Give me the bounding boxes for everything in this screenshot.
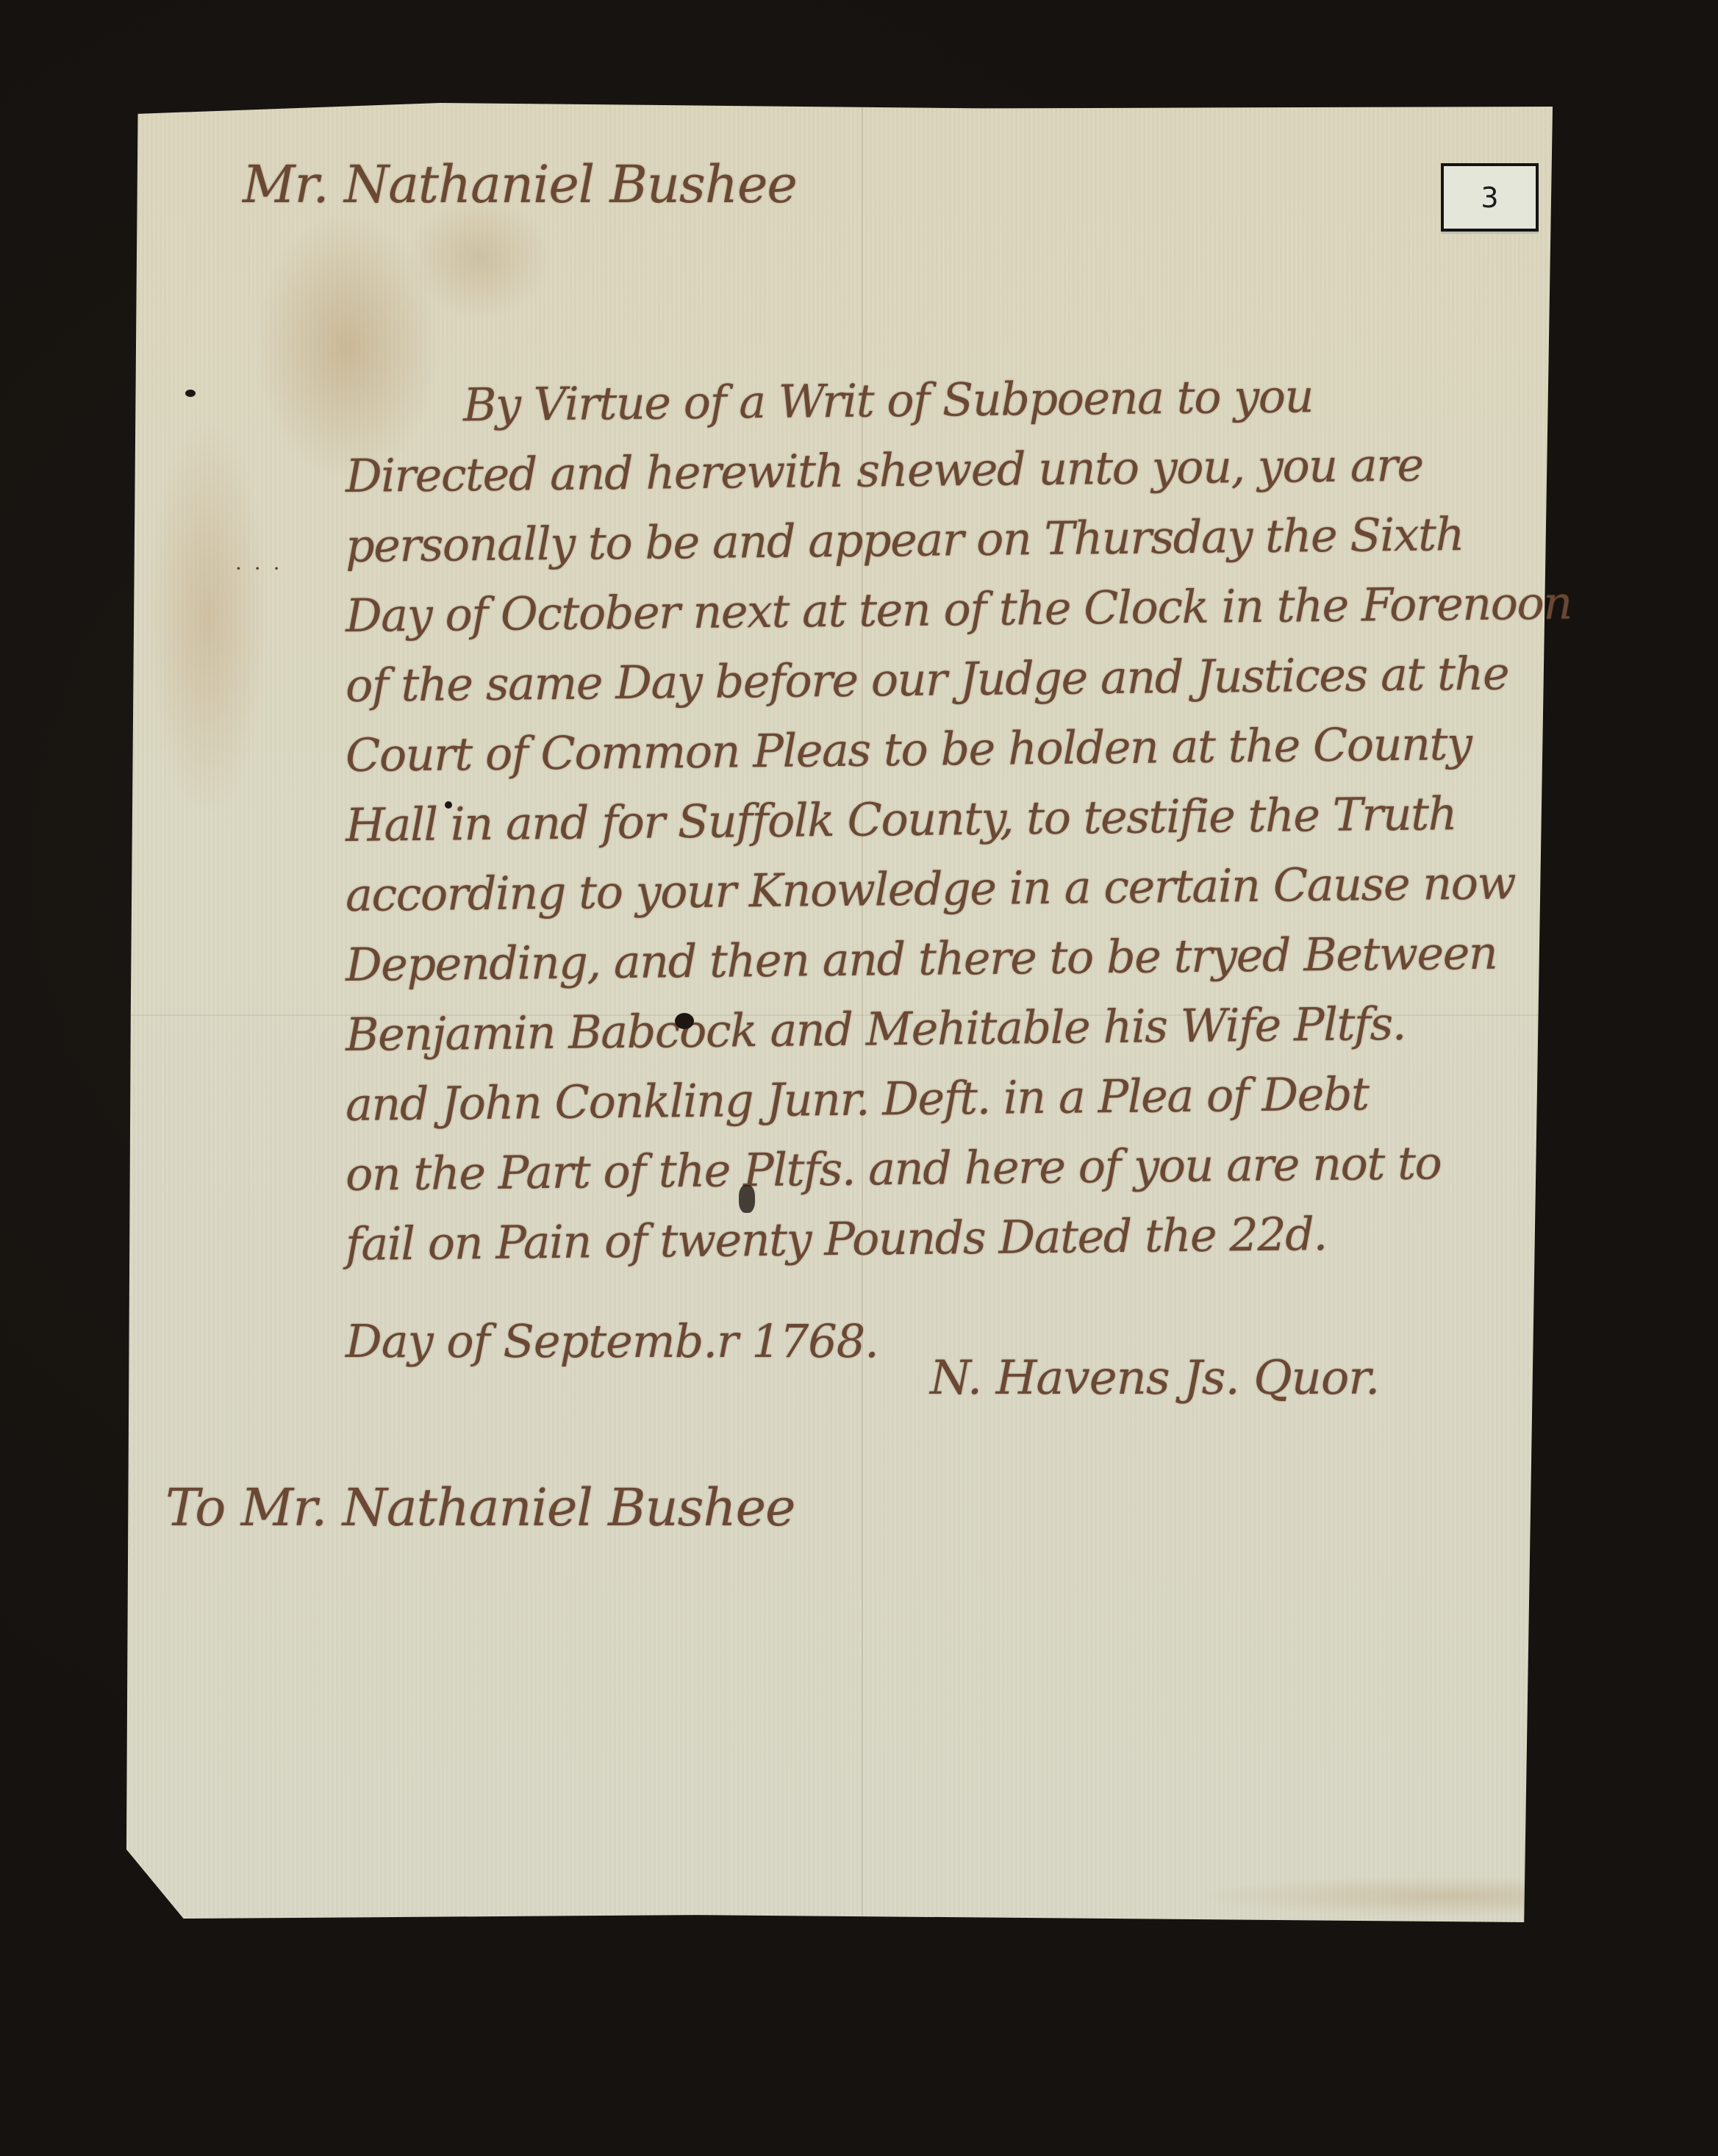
body-line: according to your Knowledge in a certain… [346, 848, 1572, 930]
ink-blot [739, 1185, 755, 1213]
body-line: of the same Day before our Judge and Jus… [346, 638, 1572, 720]
page-number: 3 [1481, 182, 1498, 214]
margin-ink-marks: · · · [235, 556, 283, 581]
ink-blot [185, 390, 196, 397]
body-line: Day of October next at ten of the Clock … [346, 568, 1572, 651]
date-line: Day of Septemb.r 1768. [346, 1314, 878, 1368]
body-line: Benjamin Babcock and Mehitable his Wife … [346, 987, 1572, 1070]
body-line: Hall in and for Suffolk County, to testi… [346, 778, 1572, 860]
body-line: fail on Pain of twenty Pounds Dated the … [346, 1197, 1572, 1279]
body-line: Court of Common Pleas to be holden at th… [346, 708, 1572, 790]
body-line: By Virtue of a Writ of Subpoena to you [346, 359, 1572, 441]
body-line: and John Conkling Junr. Deft. in a Plea … [346, 1057, 1572, 1139]
body-line: personally to be and appear on Thursday … [346, 498, 1572, 581]
salutation-heading: Mr. Nathaniel Bushee [243, 154, 797, 215]
body-line: Directed and herewith shewed unto you, y… [346, 429, 1572, 511]
subpoena-body: By Virtue of a Writ of Subpoena to you D… [346, 371, 1572, 1279]
ink-blot [675, 1013, 694, 1029]
body-line: Depending, and then and there to be trye… [346, 917, 1572, 1000]
page-number-label: 3 [1441, 163, 1539, 232]
body-line: on the Part of the Pltfs. and here of yo… [346, 1127, 1572, 1209]
address-line: To Mr. Nathaniel Bushee [165, 1478, 795, 1538]
justice-signature: N. Havens Js. Quor. [930, 1351, 1379, 1405]
ink-blot [445, 801, 452, 809]
